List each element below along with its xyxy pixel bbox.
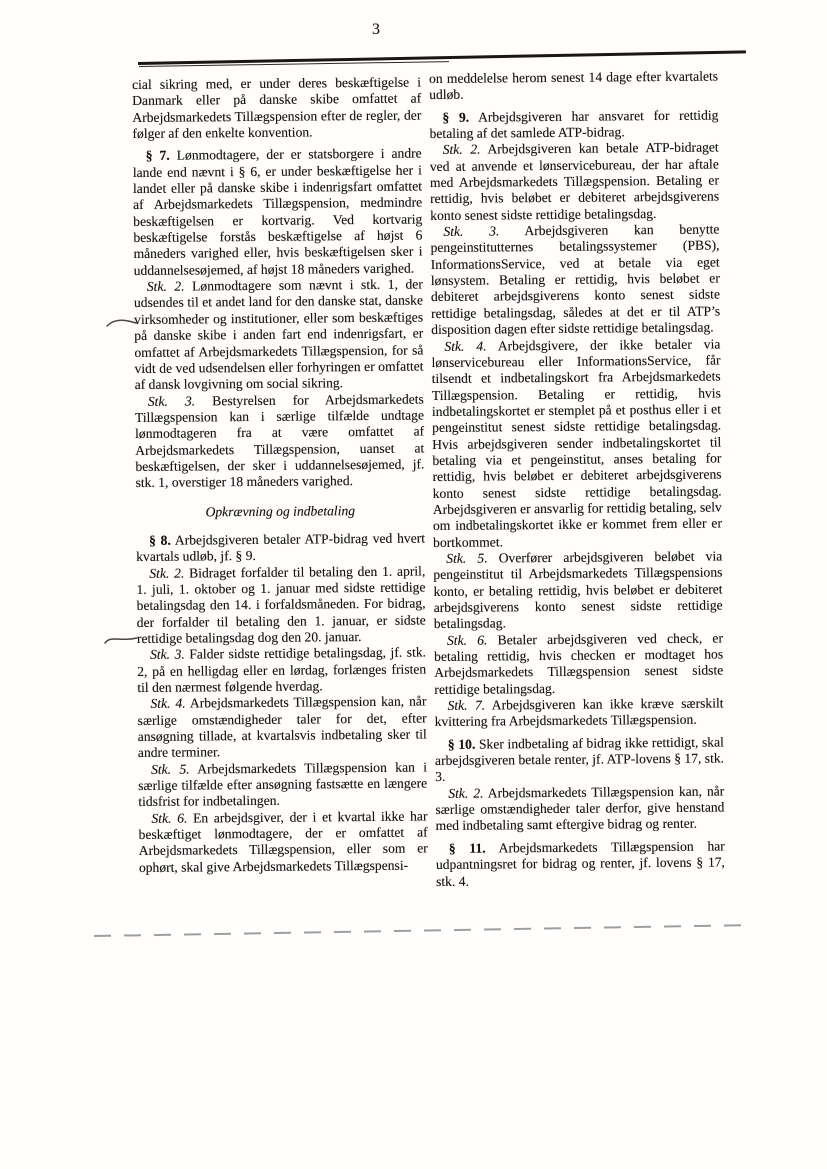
paragraph-label: Stk. 3. (443, 223, 499, 238)
paragraph-label: Stk. 2. (149, 565, 184, 580)
stk-paragraph: Stk. 4. Arbejdsmarkedets Tillægspension … (137, 694, 427, 762)
paragraph-label: Stk. 2. (443, 142, 481, 157)
stk-paragraph: Stk. 2. Arbejdsmarkedets Tillægspension … (435, 783, 724, 835)
paragraph-label: § 9. (442, 109, 469, 124)
law-section-paragraph: § 10. Sker indbetaling af bidrag ikke re… (435, 734, 724, 786)
scanned-document-page: 3 cial sikring med, er under deres beskæ… (0, 0, 827, 1169)
right-text-column: on meddelelse herom senest 14 dage efter… (429, 68, 725, 889)
paragraph-label: § 11. (449, 840, 486, 855)
stk-paragraph: Stk. 2. Arbejdsgiveren kan betale ATP-bi… (430, 140, 720, 224)
stk-paragraph: Stk. 4. Arbejdsgivere, der ikke betaler … (431, 336, 722, 551)
stk-paragraph: Stk. 6. Betaler arbejdsgiveren ved check… (434, 630, 724, 698)
law-section-paragraph: § 8. Arbejdsgiveren betaler ATP-bidrag v… (136, 530, 425, 565)
law-section-paragraph: § 11. Arbejdsmarkedets Tillægspension ha… (436, 838, 725, 890)
left-text-column: cial sikring med, er under deres beskæft… (132, 74, 428, 876)
stk-paragraph: Stk. 3. Bestyrelsen for Arbejdsmarkedets… (135, 391, 425, 492)
paragraph-label: Stk. 2. (147, 279, 185, 294)
law-section-paragraph: § 7. Lønmodtagere, der er statsborgere i… (133, 146, 423, 279)
stk-paragraph: Stk. 2. Bidraget forfalder til betaling … (136, 563, 426, 647)
paragraph-label: § 7. (146, 148, 170, 163)
stk-paragraph: Stk. 6. En arbejdsgiver, der i et kvarta… (138, 808, 428, 876)
paragraph-label: Stk. 6. (151, 810, 187, 825)
continuation-paragraph: cial sikring med, er under deres beskæft… (132, 74, 422, 142)
paragraph-label: § 10. (448, 736, 476, 751)
paragraph-label: Stk. 3. (150, 647, 185, 662)
stk-paragraph: Stk. 3. Falder sidste rettidige betaling… (137, 645, 426, 697)
stk-paragraph: Stk. 5. Overfører arbejdsgiveren beløbet… (433, 548, 723, 632)
law-section-paragraph: § 9. Arbejdsgiveren har ansvaret for ret… (429, 107, 718, 142)
paragraph-label: Stk. 4. (150, 696, 185, 711)
paragraph-label: Stk. 5. (446, 550, 487, 565)
stk-paragraph: Stk. 3. Arbejdsgiveren kan benytte penge… (430, 222, 720, 339)
page-cut-dashed-line (94, 924, 750, 937)
paragraph-label: Stk. 7. (447, 698, 485, 713)
continuation-paragraph: on meddelelse herom senest 14 dage efter… (429, 68, 718, 103)
stk-paragraph: Stk. 7. Arbejdsgiveren kan ikke kræve sæ… (434, 696, 723, 731)
paragraph-label: Stk. 5. (151, 761, 190, 776)
paragraph-label: § 8. (149, 533, 171, 548)
paragraph-label: Stk. 6. (447, 632, 488, 647)
stk-paragraph: Stk. 5. Arbejdsmarkedets Tillægspension … (138, 759, 427, 811)
page-number: 3 (372, 21, 380, 39)
paragraph-label: Stk. 2. (448, 785, 483, 800)
section-heading: Opkrævning og indbetaling (136, 502, 425, 521)
stk-paragraph: Stk. 2. Lønmodtagere som nævnt i stk. 1,… (134, 277, 424, 394)
paragraph-label: Stk. 3. (148, 393, 195, 408)
paragraph-label: Stk. 4. (444, 338, 486, 353)
